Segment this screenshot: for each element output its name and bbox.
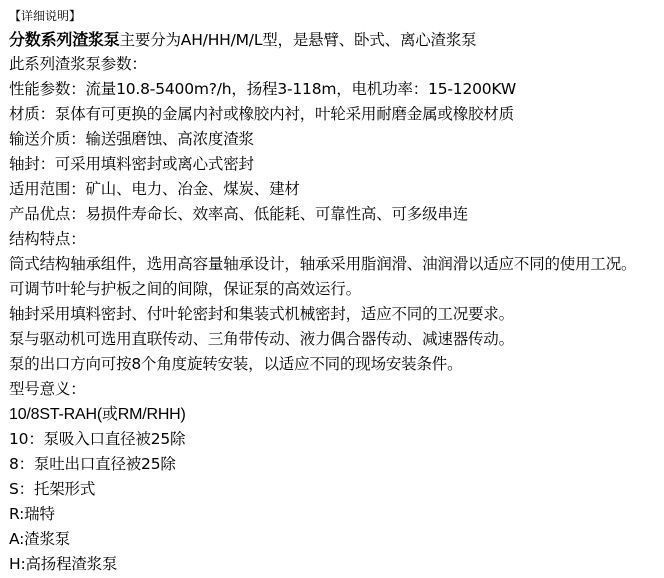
model-r: R:瑞特 bbox=[9, 502, 664, 527]
intro-text: 主要分为AH/HH/M/L型，是悬臂、卧式、离心渣浆泵 bbox=[120, 31, 477, 49]
model-outlet: 8：泵吐出口直径被25除 bbox=[9, 452, 664, 477]
material: 材质：泵体有可更换的金属内衬或橡胶内衬，叶轮采用耐磨金属或橡胶材质 bbox=[9, 102, 664, 127]
structure-title: 结构特点： bbox=[9, 227, 664, 252]
structure-drive: 泵与驱动机可选用直联传动、三角带传动、液力偶合器传动、减速器传动。 bbox=[9, 327, 664, 352]
structure-clearance: 可调节叶轮与护板之间的间隙，保证泵的高效运行。 bbox=[9, 277, 664, 302]
structure-bearing: 筒式结构轴承组件，选用高容量轴承设计，轴承采用脂润滑、油润滑以适应不同的使用工况… bbox=[9, 252, 664, 277]
conveying-medium: 输送介质：输送强磨蚀、高浓度渣浆 bbox=[9, 127, 664, 152]
performance-params: 性能参数：流量10.8-5400m?/h，扬程3-118m，电机功率：15-12… bbox=[9, 77, 664, 102]
section-header: 【详细说明】 bbox=[9, 5, 664, 27]
product-description: 【详细说明】 分数系列渣浆泵主要分为AH/HH/M/L型，是悬臂、卧式、离心渣浆… bbox=[9, 5, 664, 577]
application-scope: 适用范围：矿山、电力、冶金、煤炭、建材 bbox=[9, 177, 664, 202]
product-advantages: 产品优点：易损件寿命长、效率高、低能耗、可靠性高、可多级串连 bbox=[9, 202, 664, 227]
model-s: S：托架形式 bbox=[9, 477, 664, 502]
model-h: H:高扬程渣浆泵 bbox=[9, 552, 664, 577]
model-meaning-title: 型号意义： bbox=[9, 377, 664, 402]
params-title: 此系列渣浆泵参数： bbox=[9, 52, 664, 77]
shaft-seal: 轴封：可采用填料密封或离心式密封 bbox=[9, 152, 664, 177]
model-inlet: 10：泵吸入口直径被25除 bbox=[9, 427, 664, 452]
intro-line: 分数系列渣浆泵主要分为AH/HH/M/L型，是悬臂、卧式、离心渣浆泵 bbox=[9, 27, 664, 52]
structure-seal: 轴封采用填料密封、付叶轮密封和集装式机械密封，适应不同的工况要求。 bbox=[9, 302, 664, 327]
structure-outlet: 泵的出口方向可按8个角度旋转安装，以适应不同的现场安装条件。 bbox=[9, 352, 664, 377]
product-name: 分数系列渣浆泵 bbox=[9, 30, 120, 49]
model-example: 10/8ST-RAH(或RM/RHH) bbox=[9, 402, 664, 427]
model-a: A:渣浆泵 bbox=[9, 527, 664, 552]
